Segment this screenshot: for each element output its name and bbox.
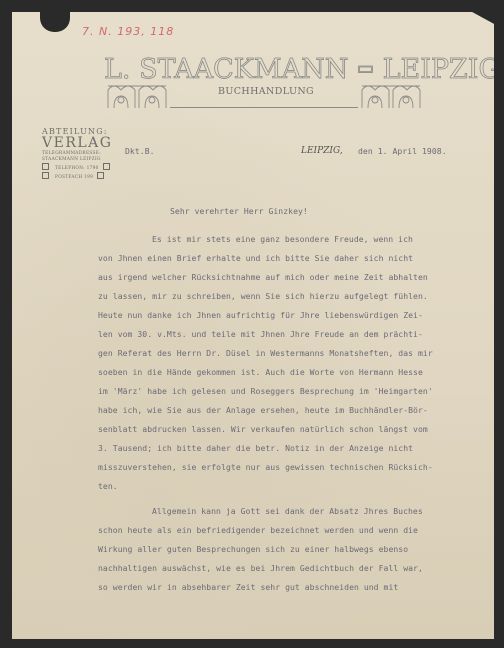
body-line: Es ist mir stets eine ganz besondere Fre… (152, 234, 413, 244)
body-line: so werden wir in absehbarer Zeit sehr gu… (98, 582, 398, 592)
telephone-icon (42, 163, 49, 170)
department-block: ABTEILUNG: VERLAG TELEGRAMMADRESSE: STAA… (42, 127, 112, 181)
mailbox-icon (42, 172, 49, 179)
body-line: nachhaltigen auswächst, wie es bei Jhrem… (98, 563, 423, 573)
body-line: misszuverstehen, sie erfolgte nur aus ge… (98, 462, 433, 472)
letterhead-subtitle: BUCHHANDLUNG (172, 86, 360, 97)
body-line: len vom 30. v.Mts. und teile mit Jhnen J… (98, 329, 423, 339)
body-line: Heute nun danke ich Jhnen aufrichtig für… (98, 310, 423, 320)
body-line: von Jhnen einen Brief erhalte und ich bi… (98, 253, 413, 263)
body-line: aus irgend welcher Rücksichtnahme auf mi… (98, 272, 428, 282)
body-line: soeben in die Hände gekommen ist. Auch d… (98, 367, 423, 377)
reference-code: Dkt.B. (125, 146, 155, 156)
place-name: LEIPZIG, (301, 146, 343, 156)
letter-page: 7. N. 193, 118 L. STAACKMANN ▭ LEIPZIG B… (12, 12, 494, 639)
box-icon (103, 163, 110, 170)
punch-hole (40, 12, 70, 32)
telephone-line: TELEPHON: 1790 (42, 163, 112, 172)
ornament-right-icon (360, 80, 422, 110)
body-line: schon heute als ein befriedigender bezei… (98, 525, 418, 535)
body-line: Wirkung aller guten Besprechungen sich z… (98, 544, 408, 554)
body-line: ten. (98, 481, 118, 491)
body-line: senblatt abdrucken lassen. Wir verkaufen… (98, 424, 428, 434)
body-line: zu lassen, mir zu schreiben, wenn Sie si… (98, 291, 428, 301)
letterhead-rule (170, 107, 358, 110)
body-line: im 'März' habe ich gelesen und Roseggers… (98, 386, 433, 396)
archive-mark: 7. N. 193, 118 (82, 25, 174, 38)
salutation: Sehr verehrter Herr Ginzkey! (170, 206, 308, 216)
ornament-left-icon (106, 80, 168, 110)
letter-date: den 1. April 1908. (358, 146, 447, 156)
postfach-line: POSTFACH 199 (42, 172, 112, 181)
body-line: gen Referat des Herrn Dr. Düsel in Weste… (98, 348, 433, 358)
body-line: 3. Tausend; ich bitte daher die betr. No… (98, 443, 413, 453)
department-name: VERLAG (42, 135, 112, 151)
box-icon (97, 172, 104, 179)
body-line: Allgemein kann ja Gott sei dank der Absa… (152, 506, 423, 516)
separator-icon: ▭ (357, 58, 374, 79)
body-line: habe ich, wie Sie aus der Anlage ersehen… (98, 405, 428, 415)
